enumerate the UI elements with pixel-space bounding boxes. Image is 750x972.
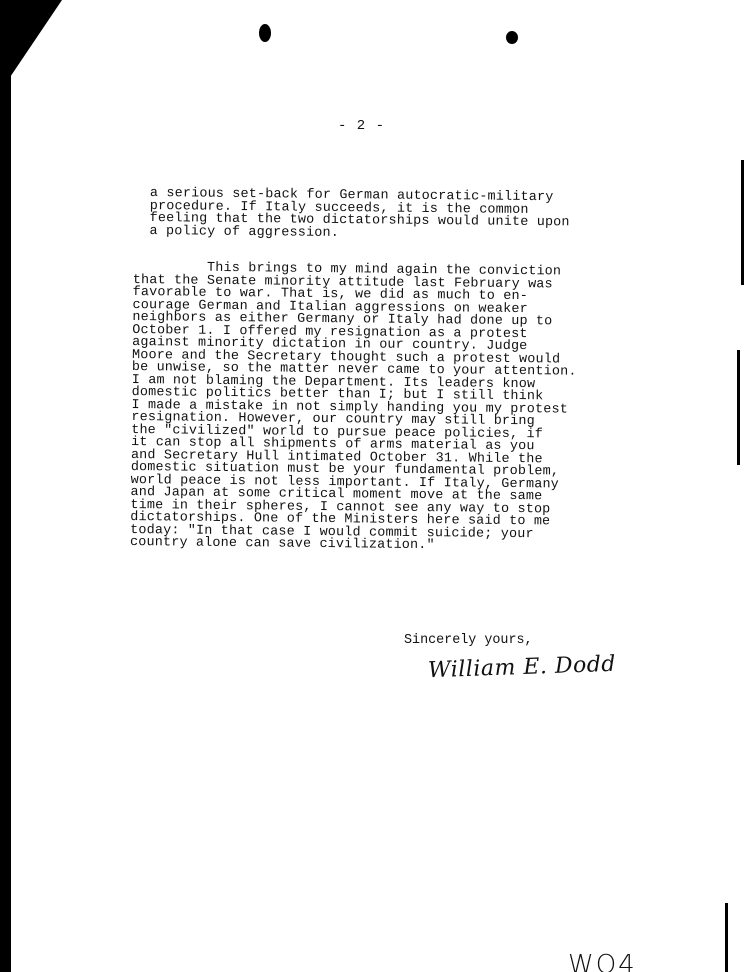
scan-folded-corner [0, 0, 62, 92]
scan-right-edge-line [741, 160, 744, 285]
archive-stamp: WO4 [568, 950, 637, 972]
page-number: - 2 - [338, 118, 385, 134]
scan-right-edge-line [737, 350, 740, 465]
paragraph-2: This brings to my mind again the convict… [130, 262, 603, 554]
scan-right-edge-line [725, 903, 728, 972]
paragraph-1: a serious set-back for German autocratic… [149, 188, 619, 243]
closing: Sincerely yours, [404, 633, 533, 648]
scan-left-edge [0, 0, 11, 972]
punch-hole-right [506, 31, 518, 44]
signature: William E. Dodd [428, 652, 617, 684]
punch-hole-left [259, 24, 271, 42]
